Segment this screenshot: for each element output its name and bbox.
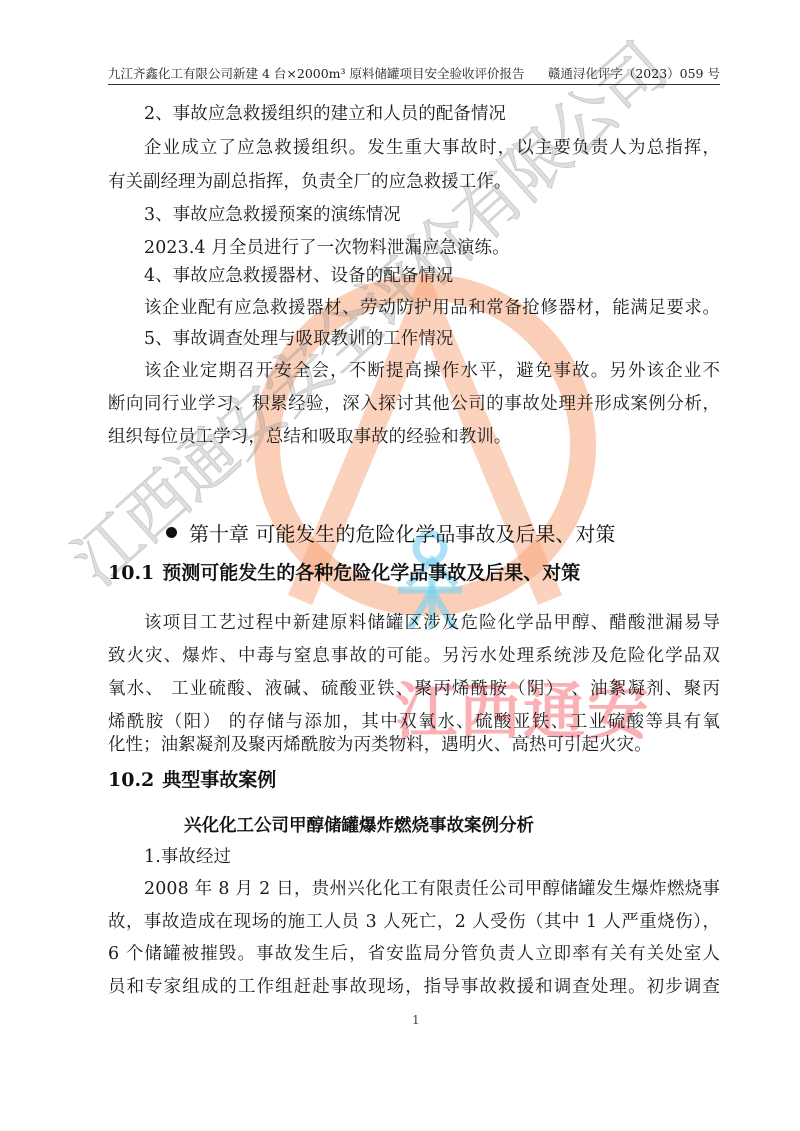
section-10-1-line: 致火灾、爆炸、中毒与窒息事故的可能。另污水处理系统涉及危险化学品双 <box>108 645 720 667</box>
section-10-1-line: 化性；油絮凝剂及聚丙烯酰胺为丙类物料，遇明火、高热可引起火灾。 <box>108 734 720 756</box>
section-10-1-heading: 10.1预测可能发生的各种危险化学品事故及后果、对策 <box>108 561 580 585</box>
section-10-2-heading: 10.2典型事故案例 <box>108 768 276 792</box>
header-report-number: 赣通浔化评字（2023）059 号 <box>548 66 720 84</box>
running-header: 九江齐鑫化工有限公司新建 4 台×2000m³ 原料储罐项目安全验收评价报告 赣… <box>108 66 720 85</box>
section-number: 10.2 <box>108 769 154 791</box>
item-4-body: 该企业配有应急救援器材、劳动防护用品和常备抢修器材，能满足要求。 <box>144 297 720 319</box>
chapter-heading: 第十章 可能发生的危险化学品事故及后果、对策 <box>166 521 615 547</box>
item-2-title: 2、事故应急救援组织的建立和人员的配备情况 <box>144 103 720 125</box>
chapter-title: 第十章 可能发生的危险化学品事故及后果、对策 <box>189 522 615 546</box>
item-3-body: 2023.4 月全员进行了一次物料泄漏应急演练。 <box>144 237 720 259</box>
case-title: 兴化化工公司甲醇储罐爆炸燃烧事故案例分析 <box>184 815 534 837</box>
item-4-title: 4、事故应急救援器材、设备的配备情况 <box>144 265 720 287</box>
item-3-title: 3、事故应急救援预案的演练情况 <box>144 204 720 226</box>
document-page: 江西通安安全评价有限公司 江西通安 九江齐鑫化工有限公司新建 4 台×2000m… <box>0 0 800 1131</box>
item-5-title: 5、事故调查处理与吸取教训的工作情况 <box>144 328 720 350</box>
section-title: 典型事故案例 <box>162 769 276 791</box>
section-10-1-line: 烯酰胺（阳） 的存储与添加，其中双氧水、硫酸亚铁、工业硫酸等具有氧 <box>108 711 720 733</box>
case-line: 员和专家组成的工作组赶赴事故现场，指导事故救援和调查处理。初步调查 <box>108 976 720 998</box>
item-2-body-line-1: 企业成立了应急救援组织。发生重大事故时，以主要负责人为总指挥， <box>144 137 720 159</box>
section-10-1-line: 氧水、 工业硫酸、液碱、硫酸亚铁、聚丙烯酰胺（阴） 、油絮凝剂、聚丙 <box>108 678 720 700</box>
case-line: 6 个储罐被摧毁。事故发生后，省安监局分管负责人立即率有关有关处室人 <box>108 943 720 965</box>
case-line: 2008 年 8 月 2 日，贵州兴化化工有限责任公司甲醇储罐发生爆炸燃烧事 <box>144 878 720 900</box>
section-title: 预测可能发生的各种危险化学品事故及后果、对策 <box>162 562 580 584</box>
item-5-body-line-1: 该企业定期召开安全会，不断提高操作水平，避免事故。另外该企业不 <box>144 360 720 382</box>
case-line: 故，事故造成在现场的施工人员 3 人死亡，2 人受伤（其中 1 人严重烧伤）， <box>108 911 720 933</box>
section-number: 10.1 <box>108 562 154 584</box>
case-subhead: 1.事故经过 <box>144 846 720 868</box>
bullet-icon <box>166 527 177 538</box>
item-5-body-line-2: 断向同行业学习、积累经验，深入探讨其他公司的事故处理并形成案例分析， <box>108 393 720 415</box>
page-number: 1 <box>412 1013 420 1027</box>
item-2-body-line-2: 有关副经理为副总指挥，负责全厂的应急救援工作。 <box>108 171 720 193</box>
item-5-body-line-3: 组织每位员工学习，总结和吸取事故的经验和教训。 <box>108 426 720 448</box>
header-report-title: 九江齐鑫化工有限公司新建 4 台×2000m³ 原料储罐项目安全验收评价报告 <box>108 66 525 84</box>
section-10-1-line: 该项目工艺过程中新建原料储罐区涉及危险化学品甲醇、醋酸泄漏易导 <box>144 612 720 634</box>
